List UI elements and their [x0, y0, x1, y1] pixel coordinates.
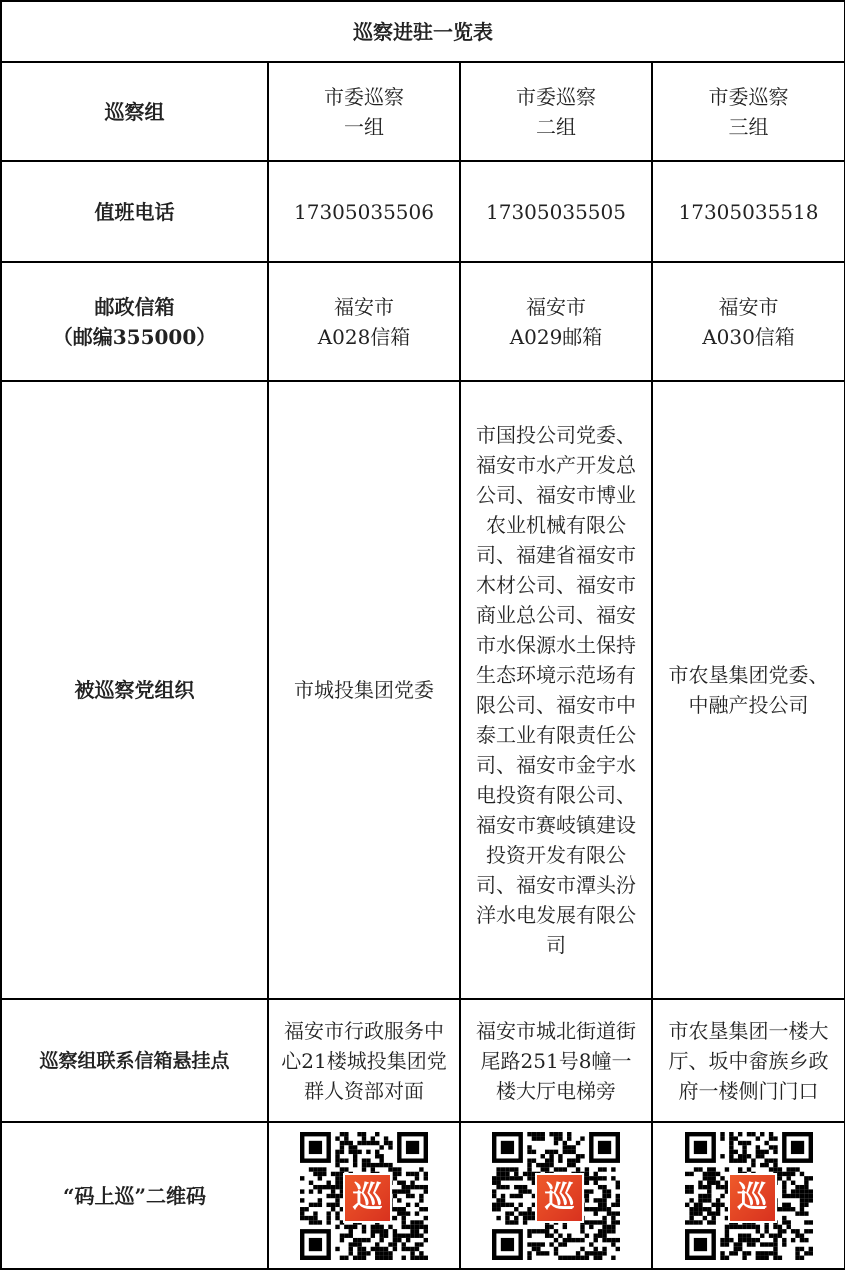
label-phone: 值班电话	[1, 161, 268, 262]
label-location: 巡察组联系信箱悬挂点	[1, 999, 268, 1122]
row-phone: 值班电话 17305035506 17305035505 17305035518	[1, 161, 845, 262]
mailbox-1: 福安市 A028信箱	[268, 262, 460, 381]
group-2: 市委巡察 二组	[460, 62, 652, 161]
inspected-3: 市农垦集团党委、中融产投公司	[652, 381, 845, 999]
xun-logo-icon: 巡	[343, 1173, 392, 1223]
mailbox-2: 福安市 A029邮箱	[460, 262, 652, 381]
group-3: 市委巡察 三组	[652, 62, 845, 161]
row-location: 巡察组联系信箱悬挂点 福安市行政服务中心21楼城投集团党群人资部对面 福安市城北…	[1, 999, 845, 1122]
xun-logo-icon: 巡	[728, 1173, 777, 1223]
qrcode-cell-3: 巡	[652, 1122, 845, 1269]
label-mailbox: 邮政信箱 （邮编355000）	[1, 262, 268, 381]
group-3-line2: 三组	[659, 112, 838, 142]
label-inspected: 被巡察党组织	[1, 381, 268, 999]
qrcode-2[interactable]: 巡	[492, 1132, 620, 1260]
group-1-line2: 一组	[275, 112, 453, 142]
mailbox-3-line2: A030信箱	[659, 322, 838, 352]
phone-2: 17305035505	[460, 161, 652, 262]
location-1: 福安市行政服务中心21楼城投集团党群人资部对面	[268, 999, 460, 1122]
mailbox-2-line2: A029邮箱	[467, 322, 645, 352]
mailbox-2-line1: 福安市	[467, 292, 645, 322]
location-2: 福安市城北街道街尾路251号8幢一楼大厅电梯旁	[460, 999, 652, 1122]
inspection-overview-table: 巡察进驻一览表 巡察组 市委巡察 一组 市委巡察 二组 市委巡察 三组 值班电话…	[0, 0, 845, 1270]
inspected-2: 市国投公司党委、福安市水产开发总公司、福安市博业农业机械有限公司、福建省福安市木…	[460, 381, 652, 999]
title-row: 巡察进驻一览表	[1, 1, 845, 62]
qrcode-3[interactable]: 巡	[685, 1132, 813, 1260]
group-2-line1: 市委巡察	[467, 82, 645, 112]
qrcode-1[interactable]: 巡	[300, 1132, 428, 1260]
mailbox-3-line1: 福安市	[659, 292, 838, 322]
page-title: 巡察进驻一览表	[1, 1, 845, 62]
mailbox-1-line2: A028信箱	[275, 322, 453, 352]
row-group: 巡察组 市委巡察 一组 市委巡察 二组 市委巡察 三组	[1, 62, 845, 161]
mailbox-1-line1: 福安市	[275, 292, 453, 322]
location-3: 市农垦集团一楼大厅、坂中畲族乡政府一楼侧门门口	[652, 999, 845, 1122]
label-mailbox-line1: 邮政信箱	[8, 292, 261, 322]
qrcode-cell-1: 巡	[268, 1122, 460, 1269]
row-inspected: 被巡察党组织 市城投集团党委 市国投公司党委、福安市水产开发总公司、福安市博业农…	[1, 381, 845, 999]
group-3-line1: 市委巡察	[659, 82, 838, 112]
group-1-line1: 市委巡察	[275, 82, 453, 112]
phone-3: 17305035518	[652, 161, 845, 262]
label-mailbox-line2: （邮编355000）	[8, 322, 261, 352]
row-qrcode: “码上巡”二维码 巡 巡 巡	[1, 1122, 845, 1269]
xun-logo-icon: 巡	[535, 1173, 584, 1223]
inspected-1: 市城投集团党委	[268, 381, 460, 999]
phone-1: 17305035506	[268, 161, 460, 262]
qrcode-cell-2: 巡	[460, 1122, 652, 1269]
label-group: 巡察组	[1, 62, 268, 161]
row-mailbox: 邮政信箱 （邮编355000） 福安市 A028信箱 福安市 A029邮箱 福安…	[1, 262, 845, 381]
group-2-line2: 二组	[467, 112, 645, 142]
label-qrcode: “码上巡”二维码	[1, 1122, 268, 1269]
mailbox-3: 福安市 A030信箱	[652, 262, 845, 381]
group-1: 市委巡察 一组	[268, 62, 460, 161]
